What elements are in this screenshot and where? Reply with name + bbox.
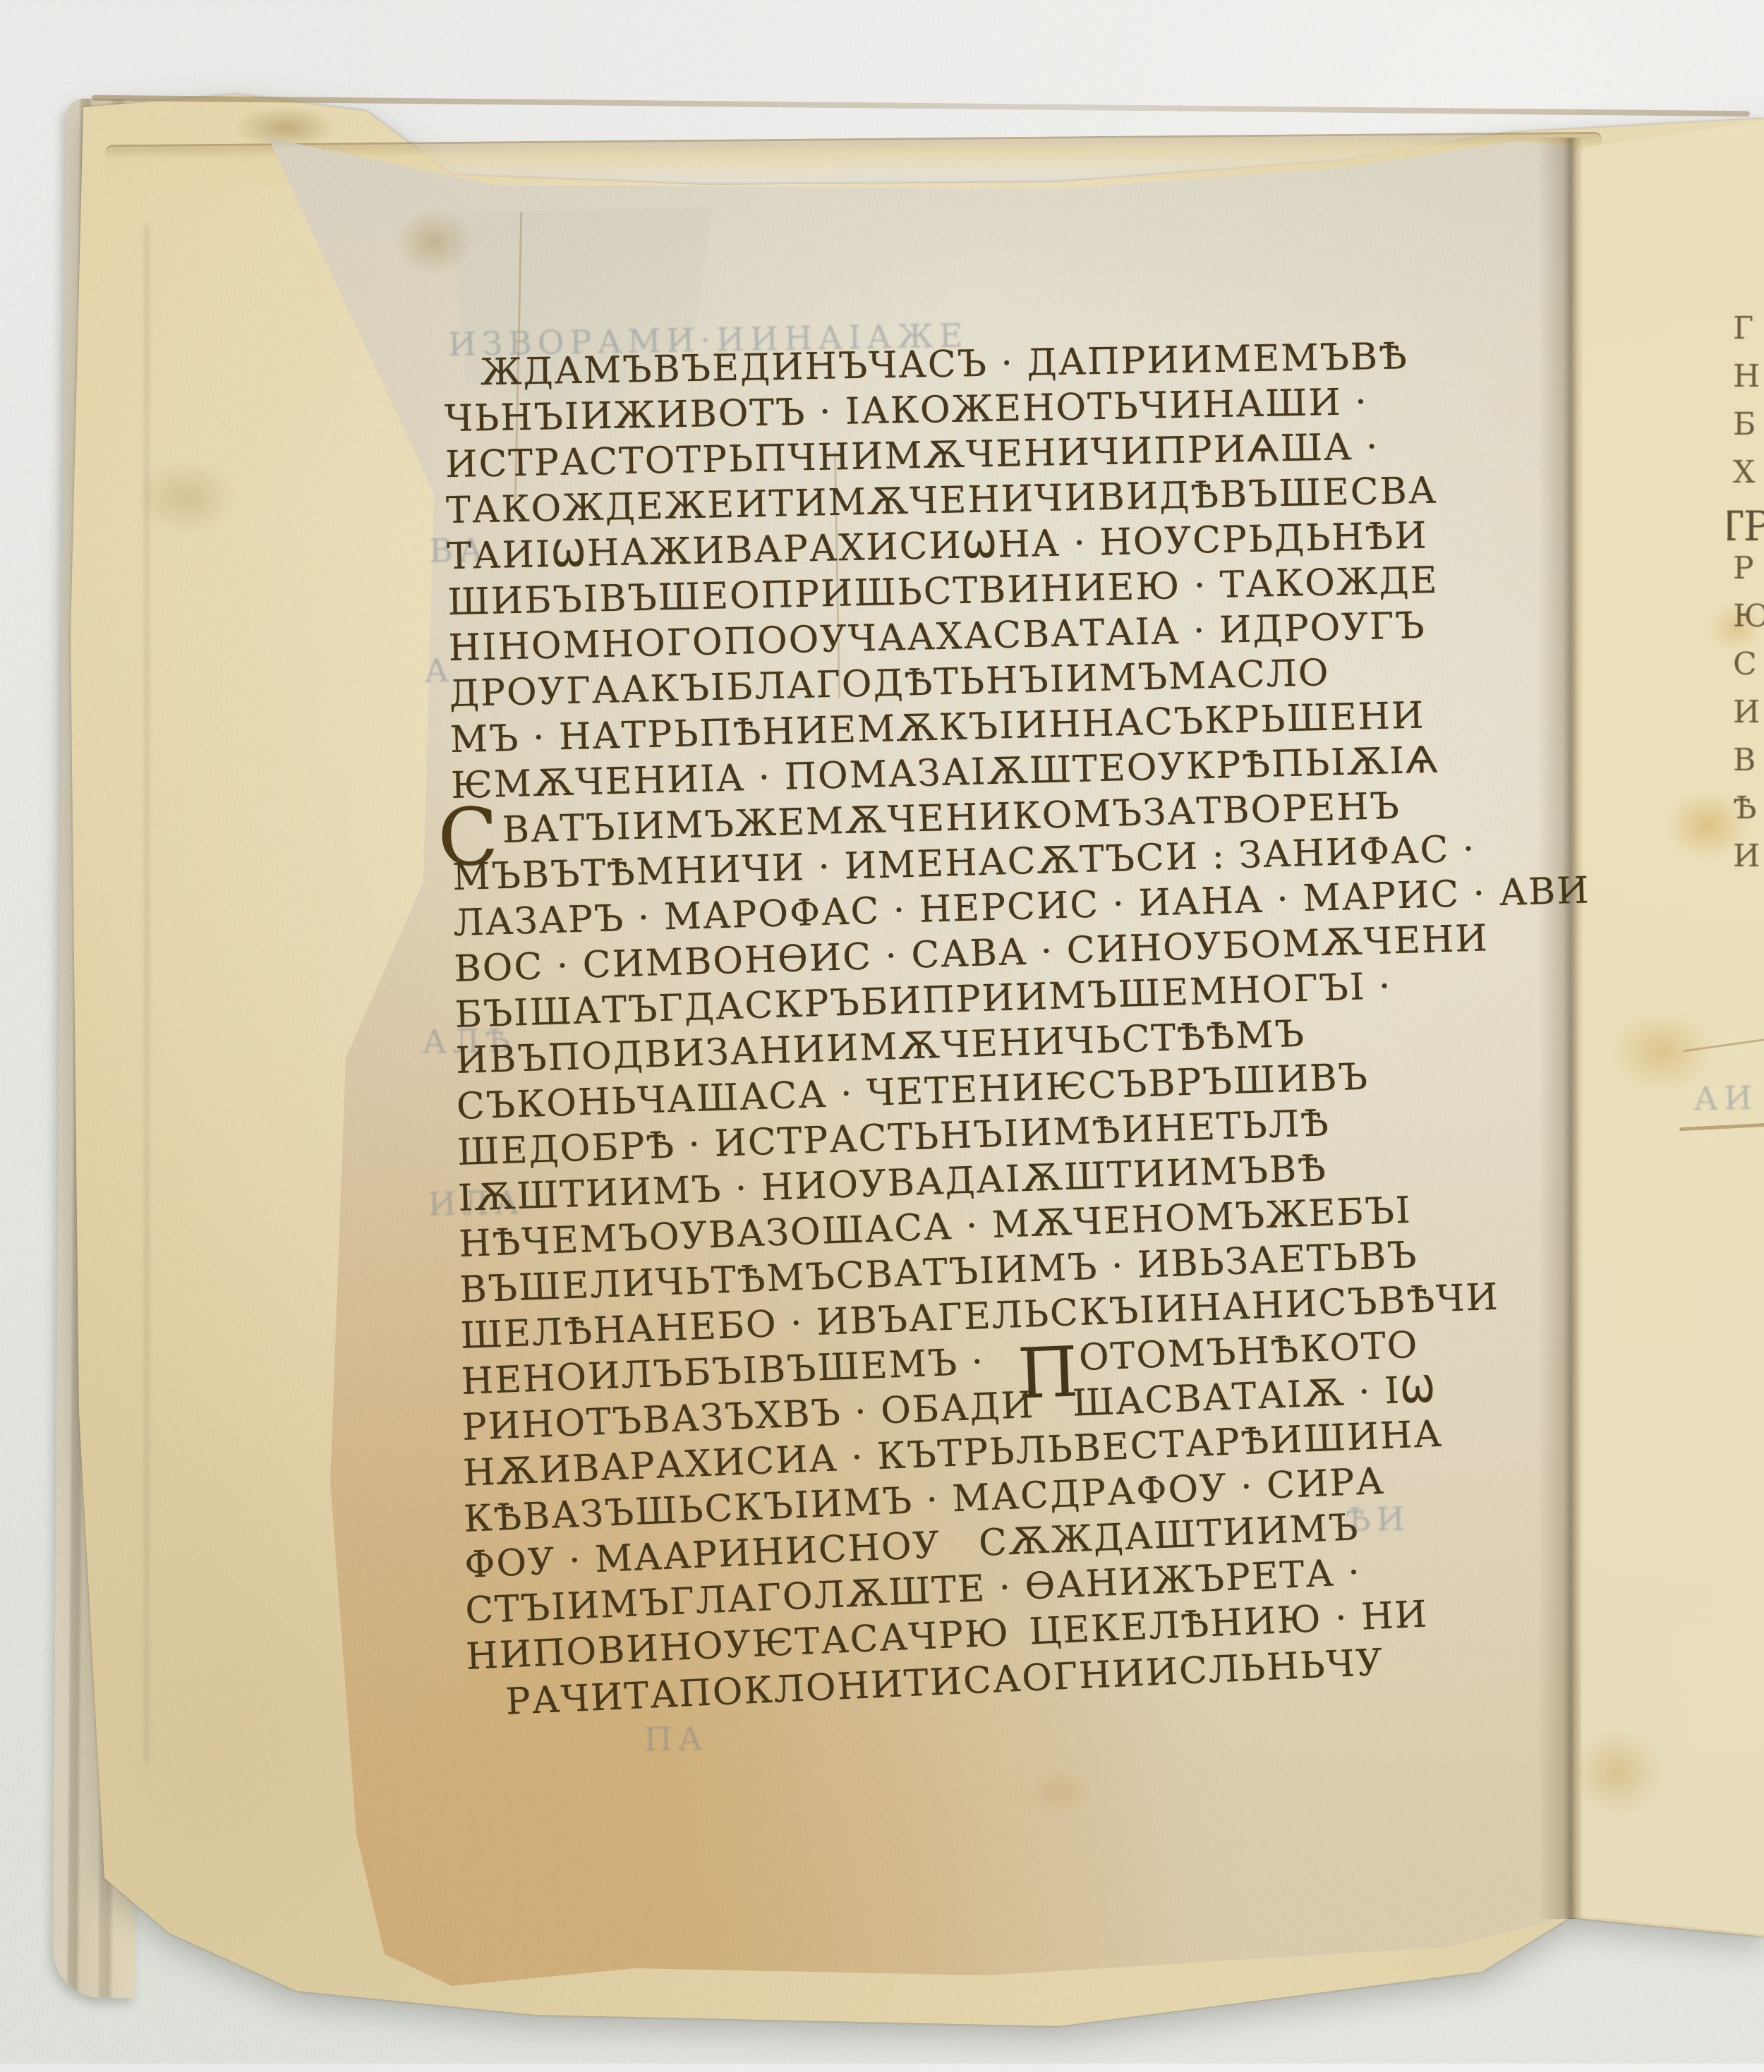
recto-edge-letter: И xyxy=(1733,838,1760,874)
stain xyxy=(134,459,240,536)
text-block: ЖДАМЪВЪЕДИНЪЧАСЪ · ДАПРИИМЕМЪВѢЧЬНЪІИЖИВ… xyxy=(437,0,1546,2064)
stain xyxy=(1570,1728,1665,1817)
recto-edge-letter: Г xyxy=(1733,310,1753,346)
recto-edge-letter: ТР xyxy=(1727,502,1764,550)
stain xyxy=(233,106,339,150)
recto-edge-letter: Ю xyxy=(1733,598,1764,634)
recto-edge-letter: Р xyxy=(1733,550,1754,586)
stain xyxy=(1609,1009,1715,1093)
recto-edge-letter: Н xyxy=(1733,358,1760,394)
recto-edge-text: ГНБХТРРЮСИВѢИ xyxy=(1727,310,1764,1298)
gutter-fold xyxy=(1538,138,1583,1919)
recto-edge-letter: И xyxy=(1733,694,1760,730)
recto-edge-letter: Х xyxy=(1733,454,1755,490)
recto-edge-letter: Ѣ xyxy=(1733,790,1757,826)
recto-edge-letter: Б xyxy=(1733,406,1756,442)
recto-edge-letter: С xyxy=(1733,646,1757,682)
recto-edge-letter: В xyxy=(1733,742,1756,778)
crease-line xyxy=(145,226,149,1764)
